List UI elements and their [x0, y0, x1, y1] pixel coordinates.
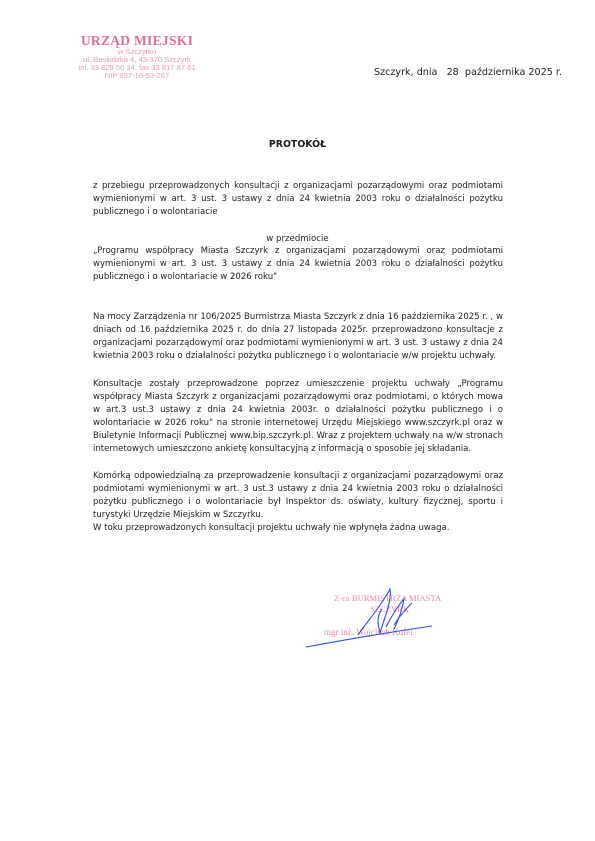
- handwritten-signature-icon: [304, 585, 469, 650]
- body-paragraph-1: Na mocy Zarządzenia nr 106/2025 Burmistr…: [93, 311, 503, 363]
- office-stamp: URZĄD MIEJSKI w Szczyrku ul. Beskidzka 4…: [62, 34, 212, 80]
- document-date: Szczyrk, dnia 28 października 2025 r.: [374, 67, 562, 78]
- signature-block: Z-ca BURMISTRZA MIASTA SZCZYRK mgr inż. …: [304, 585, 469, 645]
- body-paragraph-3: Komórką odpowiedzialną za przeprowadzeni…: [93, 470, 503, 522]
- stamp-line-nip: NIP 937-16-53-267: [62, 72, 212, 80]
- intro-paragraph: z przebiegu przeprowadzonych konsultacji…: [93, 180, 503, 219]
- document-title: PROTOKÓŁ: [0, 139, 595, 150]
- subject-label: w przedmiocie: [0, 234, 595, 244]
- stamp-title: URZĄD MIEJSKI: [62, 34, 212, 48]
- body-paragraph-4: W toku przeprowadzonych konsultacji proj…: [93, 522, 503, 535]
- subject-paragraph: „Programu współpracy Miasta Szczyrk z or…: [93, 245, 503, 284]
- body-paragraph-2: Konsultacje zostały przeprowadzone poprz…: [93, 378, 503, 456]
